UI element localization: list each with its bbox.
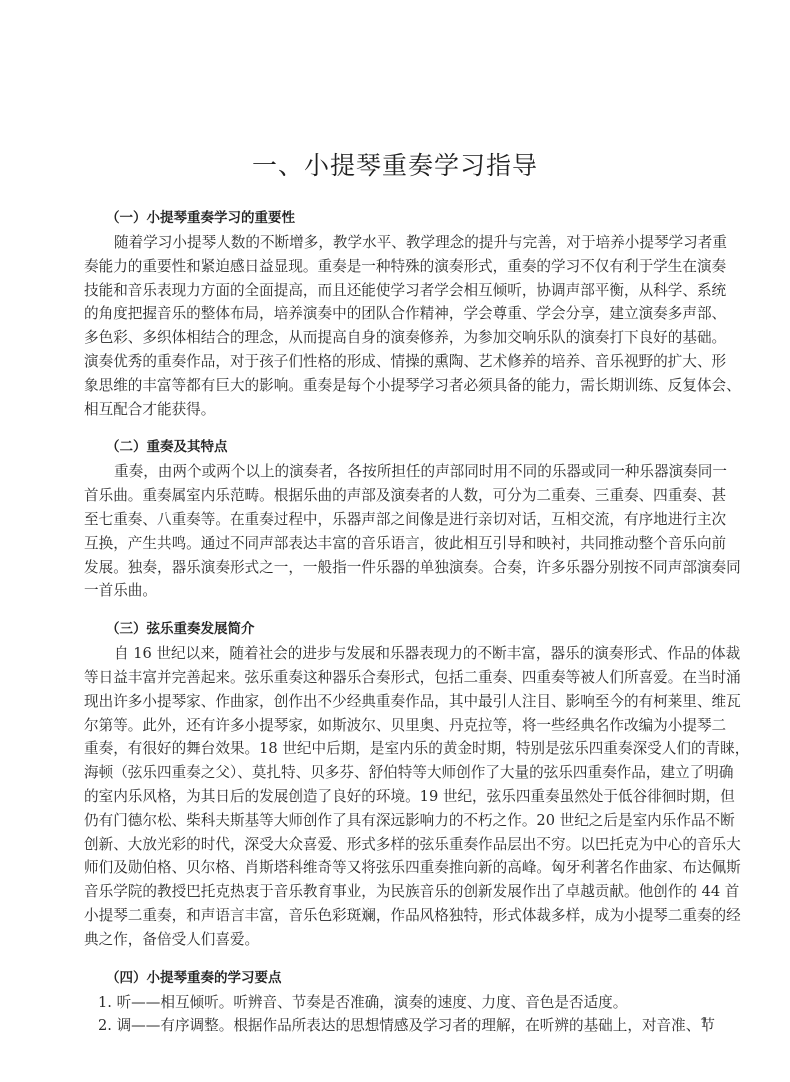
section-gap <box>84 603 708 616</box>
section-key-points: （四）小提琴重奏的学习要点 1. 听——相互倾听。听辨音、节奏是否准确，演奏的速… <box>84 965 708 1039</box>
text-line: 发展。独奏，器乐演奏形式之一，一般指一件乐器的单独演奏。合奏，许多乐器分别按不同… <box>84 556 708 580</box>
text-line: 首乐曲。重奏属室内乐范畴。根据乐曲的声部及演奏者的人数，可分为二重奏、三重奏、四… <box>84 484 708 508</box>
paragraph: 重奏，由两个或两个以上的演奏者，各按所担任的声部同时用不同的乐器或同一种乐器演奏… <box>84 460 708 603</box>
text-line: 音乐学院的教授巴托克热衷于音乐教育事业，为民族音乐的创新发展作出了卓越贡献。他创… <box>84 880 708 904</box>
section-history: （三）弦乐重奏发展简介 自 16 世纪以来，随着社会的进步与发展和乐器表现力的不… <box>84 616 708 951</box>
text-line: 海顿（弦乐四重奏之父）、莫扎特、贝多芬、舒伯特等大师创作了大量的弦乐四重奏作品，… <box>84 761 708 785</box>
text-line: 仍有门德尔松、柴科夫斯基等大师创作了具有深远影响力的不朽之作。20 世纪之后是室… <box>84 809 708 833</box>
text-line: 重奏，由两个或两个以上的演奏者，各按所担任的声部同时用不同的乐器或同一种乐器演奏… <box>84 460 708 484</box>
list-item: 2. 调——有序调整。根据作品所表达的思想情感及学习者的理解，在听辨的基础上，对… <box>84 1014 708 1038</box>
text-line: 创新、大放光彩的时代，深受大众喜爱、形式多样的弦乐重奏作品层出不穷。以巴托克为中… <box>84 833 708 857</box>
text-line: 典之作，备倍受人们喜爱。 <box>84 928 708 952</box>
text-line: 一首乐曲。 <box>84 579 708 603</box>
section-characteristics: （二）重奏及其特点 重奏，由两个或两个以上的演奏者，各按所担任的声部同时用不同的… <box>84 434 708 603</box>
text-line: 象思维的丰富等都有巨大的影响。重奏是每个小提琴学习者必须具备的能力，需长期训练、… <box>84 374 708 398</box>
text-line: 尔第等。此外，还有许多小提琴家，如斯波尔、贝里奥、丹克拉等，将一些经典名作改编为… <box>84 714 708 738</box>
section-heading: （二）重奏及其特点 <box>106 434 708 460</box>
text-line: 相互配合才能获得。 <box>84 398 708 422</box>
text-line: 的室内乐风格，为其日后的发展创造了良好的环境。19 世纪，弦乐四重奏虽然处于低谷… <box>84 785 708 809</box>
text-line: 等日益丰富并完善起来。弦乐重奏这种器乐合奏形式，包括二重奏、四重奏等被人们所喜爱… <box>84 666 708 690</box>
text-line: 自 16 世纪以来，随着社会的进步与发展和乐器表现力的不断丰富，器乐的演奏形式、… <box>84 642 708 666</box>
paragraph: 随着学习小提琴人数的不断增多，教学水平、教学理念的提升与完善，对于培养小提琴学习… <box>84 231 708 421</box>
text-line: 互换，产生共鸣。通过不同声部表达丰富的音乐语言，彼此相互引导和映衬，共同推动整个… <box>84 532 708 556</box>
text-line: 的角度把握音乐的整体布局，培养演奏中的团队合作精神，学会尊重、学会分享，建立演奏… <box>84 302 708 326</box>
list-item: 1. 听——相互倾听。听辨音、节奏是否准确，演奏的速度、力度、音色是否适度。 <box>84 991 708 1015</box>
section-heading: （一）小提琴重奏学习的重要性 <box>106 205 708 231</box>
text-line: 小提琴二重奏，和声语言丰富，音乐色彩斑斓，作品风格独特，形式体裁多样，成为小提琴… <box>84 904 708 928</box>
page-content: （一）小提琴重奏学习的重要性 随着学习小提琴人数的不断增多，教学水平、教学理念的… <box>84 205 708 1038</box>
text-line: 现出许多小提琴家、作曲家，创作出不少经典重奏作品，其中最引人注目、影响至今的有柯… <box>84 690 708 714</box>
text-line: 随着学习小提琴人数的不断增多，教学水平、教学理念的提升与完善，对于培养小提琴学习… <box>84 231 708 255</box>
text-line: 演奏优秀的重奏作品，对于孩子们性格的形成、情操的熏陶、艺术修养的培养、音乐视野的… <box>84 350 708 374</box>
text-line: 技能和音乐表现力方面的全面提高，而且还能使学习者学会相互倾听，协调声部平衡，从科… <box>84 279 708 303</box>
paragraph: 自 16 世纪以来，随着社会的进步与发展和乐器表现力的不断丰富，器乐的演奏形式、… <box>84 642 708 951</box>
text-line: 至七重奏、八重奏等。在重奏过程中，乐器声部之间像是进行亲切对话，互相交流，有序地… <box>84 508 708 532</box>
text-line: 师们及勋伯格、贝尔格、肖斯塔科维奇等又将弦乐四重奏推向新的高峰。匈牙利著名作曲家… <box>84 856 708 880</box>
section-gap <box>84 952 708 965</box>
chapter-title: 一、小提琴重奏学习指导 <box>0 146 790 182</box>
section-heading: （四）小提琴重奏的学习要点 <box>106 965 708 991</box>
section-heading: （三）弦乐重奏发展简介 <box>106 616 708 642</box>
section-importance: （一）小提琴重奏学习的重要性 随着学习小提琴人数的不断增多，教学水平、教学理念的… <box>84 205 708 421</box>
text-line: 多色彩、多织体相结合的理念，从而提高自身的演奏修养，为参加交响乐队的演奏打下良好… <box>84 326 708 350</box>
document-page: 一、小提琴重奏学习指导 （一）小提琴重奏学习的重要性 随着学习小提琴人数的不断增… <box>0 0 790 1082</box>
page-number: 1 <box>700 1016 708 1031</box>
section-gap <box>84 421 708 434</box>
text-line: 重奏，有很好的舞台效果。18 世纪中后期，是室内乐的黄金时期，特别是弦乐四重奏深… <box>84 737 708 761</box>
text-line: 奏能力的重要性和紧迫感日益显现。重奏是一种特殊的演奏形式，重奏的学习不仅有利于学… <box>84 255 708 279</box>
